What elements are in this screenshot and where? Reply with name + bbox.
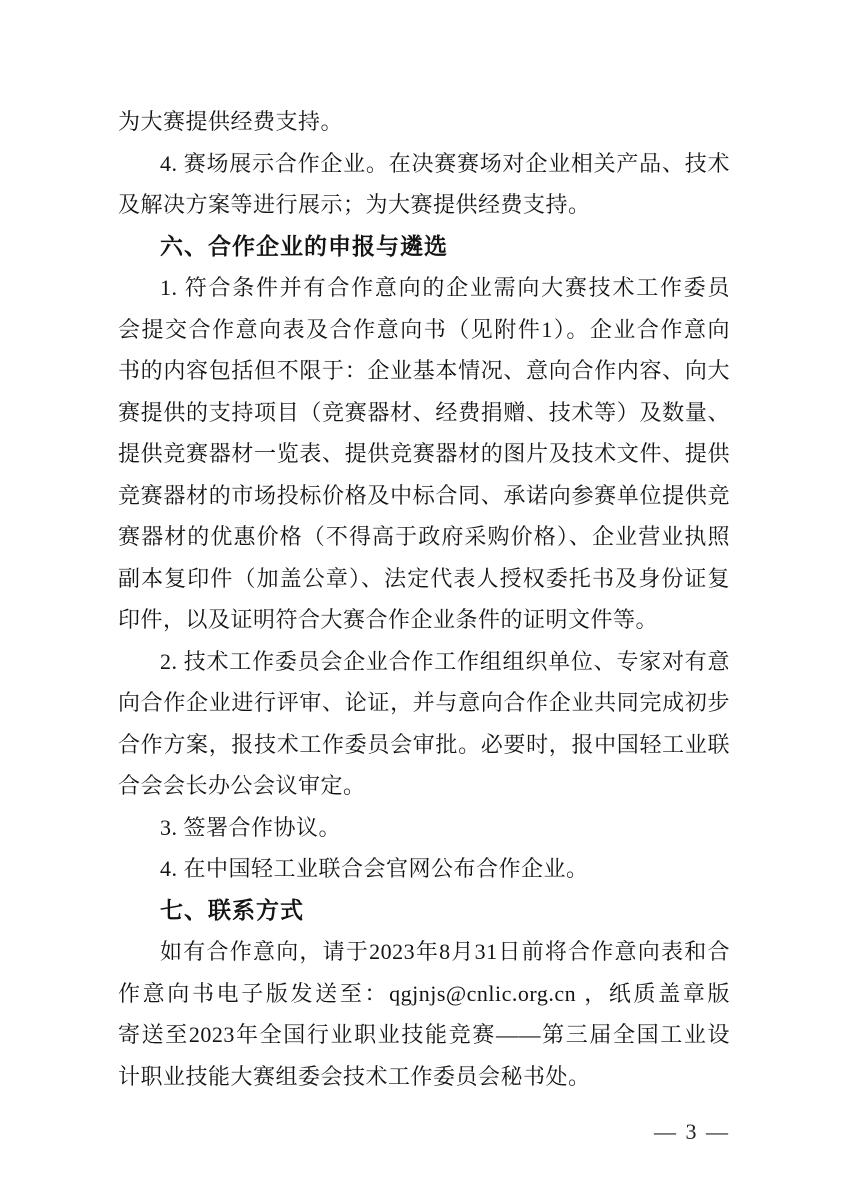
paragraph-line: 合会会长办公会议审定。 bbox=[118, 765, 730, 807]
page-number: — 3 — bbox=[118, 1117, 730, 1147]
paragraph-line: 会提交合作意向表及合作意向书（见附件1）。企业合作意向 bbox=[118, 309, 730, 351]
paragraph-line: 副本复印件（加盖公章）、法定代表人授权委托书及身份证复 bbox=[118, 558, 730, 600]
paragraph-line: 印件，以及证明符合大赛合作企业条件的证明文件等。 bbox=[118, 599, 730, 641]
paragraph-line: 赛器材的优惠价格（不得高于政府采购价格）、企业营业执照 bbox=[118, 516, 730, 558]
paragraph-line: 及解决方案等进行展示；为大赛提供经费支持。 bbox=[118, 184, 730, 226]
paragraph-line: 3. 签署合作协议。 bbox=[118, 807, 730, 849]
paragraph-line: 提供竞赛器材一览表、提供竞赛器材的图片及技术文件、提供 bbox=[118, 433, 730, 475]
paragraph-line: 如有合作意向，请于2023年8月31日前将合作意向表和合 bbox=[118, 931, 730, 973]
paragraph-line: 1. 符合条件并有合作意向的企业需向大赛技术工作委员 bbox=[118, 267, 730, 309]
paragraph-line: 4. 赛场展示合作企业。在决赛赛场对企业相关产品、技术 bbox=[118, 143, 730, 185]
paragraph-line: 赛提供的支持项目（竞赛器材、经费捐赠、技术等）及数量、 bbox=[118, 392, 730, 434]
paragraph-line: 为大赛提供经费支持。 bbox=[118, 101, 730, 143]
paragraph-line: 书的内容包括但不限于：企业基本情况、意向合作内容、向大 bbox=[118, 350, 730, 392]
paragraph-line: 4. 在中国轻工业联合会官网公布合作企业。 bbox=[118, 848, 730, 890]
paragraph-line: 寄送至2023年全国行业职业技能竞赛——第三届全国工业设 bbox=[118, 1014, 730, 1056]
section-heading: 六、合作企业的申报与遴选 bbox=[118, 226, 730, 268]
paragraph-line: 向合作企业进行评审、论证，并与意向合作企业共同完成初步 bbox=[118, 682, 730, 724]
paragraph-line: 竞赛器材的市场投标价格及中标合同、承诺向参赛单位提供竞 bbox=[118, 475, 730, 517]
paragraph-line: 作意向书电子版发送至：qgjnjs@cnlic.org.cn ，纸质盖章版 bbox=[118, 973, 730, 1015]
section-heading: 七、联系方式 bbox=[118, 890, 730, 932]
paragraph-line: 2. 技术工作委员会企业合作工作组组织单位、专家对有意 bbox=[118, 641, 730, 683]
paragraph-line: 计职业技能大赛组委会技术工作委员会秘书处。 bbox=[118, 1056, 730, 1098]
document-page: 为大赛提供经费支持。 4. 赛场展示合作企业。在决赛赛场对企业相关产品、技术 及… bbox=[0, 0, 848, 1200]
paragraph-line: 合作方案，报技术工作委员会审批。必要时，报中国轻工业联 bbox=[118, 724, 730, 766]
